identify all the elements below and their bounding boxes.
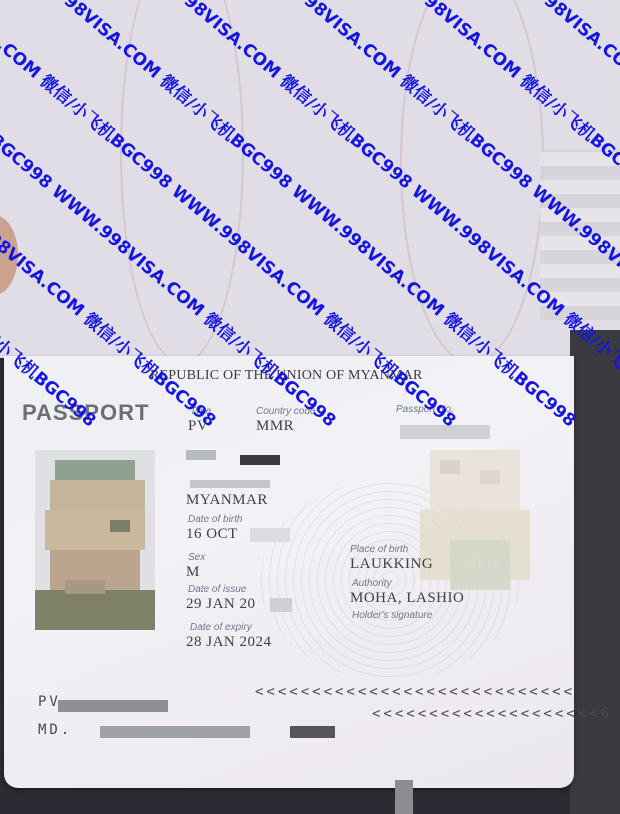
ghost-photo-redacted: [420, 430, 540, 600]
date-of-expiry-label: Date of expiry: [190, 622, 252, 633]
issue-year-redacted: [270, 598, 292, 612]
mrz-line-2-prefix: MD.: [38, 722, 72, 738]
name-redacted: [240, 455, 280, 465]
mrz-line-1-fill: <<<<<<<<<<<<<<<<<<<<<<<<<<<<: [255, 684, 575, 700]
passport-heading: PASSPORT: [22, 400, 149, 426]
holder-photo-redacted: [35, 450, 155, 630]
birth-year-redacted: [250, 528, 290, 542]
mrz-redacted: [290, 726, 335, 738]
date-of-issue-value: 29 JAN 20: [186, 596, 256, 613]
place-of-birth-value: LAUKKING: [350, 556, 433, 573]
guilloche-curve: [400, 0, 544, 364]
issuing-country-title: REPUBLIC OF THE UNION OF MYANMAR: [150, 368, 423, 384]
passport-no-label: Passport No.: [396, 404, 454, 415]
dark-background: [570, 330, 620, 814]
mrz-line-2-fill: <<<<<<<<<<<<<<<<<<<<6: [372, 706, 612, 722]
redacted-region: [540, 150, 620, 320]
sex-value: M: [186, 564, 200, 581]
passport-visa-page: [0, 0, 620, 358]
mrz-redacted: [100, 726, 250, 738]
country-code-label: Country code: [256, 406, 315, 417]
sex-label: Sex: [188, 552, 205, 563]
country-code-value: MMR: [256, 418, 294, 435]
type-label: Type: [190, 406, 212, 417]
date-of-issue-label: Date of issue: [188, 584, 246, 595]
holders-signature-label: Holder's signature: [352, 610, 432, 621]
passport-no-redacted: [400, 425, 490, 439]
background-stand: [395, 780, 413, 814]
name-redacted: [190, 480, 270, 488]
mrz-redacted: [58, 700, 168, 712]
guilloche-curve: [120, 0, 244, 364]
nationality-value: MYANMAR: [186, 492, 268, 509]
place-of-birth-label: Place of birth: [350, 544, 408, 555]
name-redacted: [186, 450, 216, 460]
date-of-birth-label: Date of birth: [188, 514, 242, 525]
date-of-expiry-value: 28 JAN 2024: [186, 634, 272, 651]
authority-value: MOHA, LASHIO: [350, 590, 464, 607]
type-value: PV: [188, 418, 208, 435]
authority-label: Authority: [352, 578, 391, 589]
date-of-birth-value: 16 OCT: [186, 526, 238, 543]
